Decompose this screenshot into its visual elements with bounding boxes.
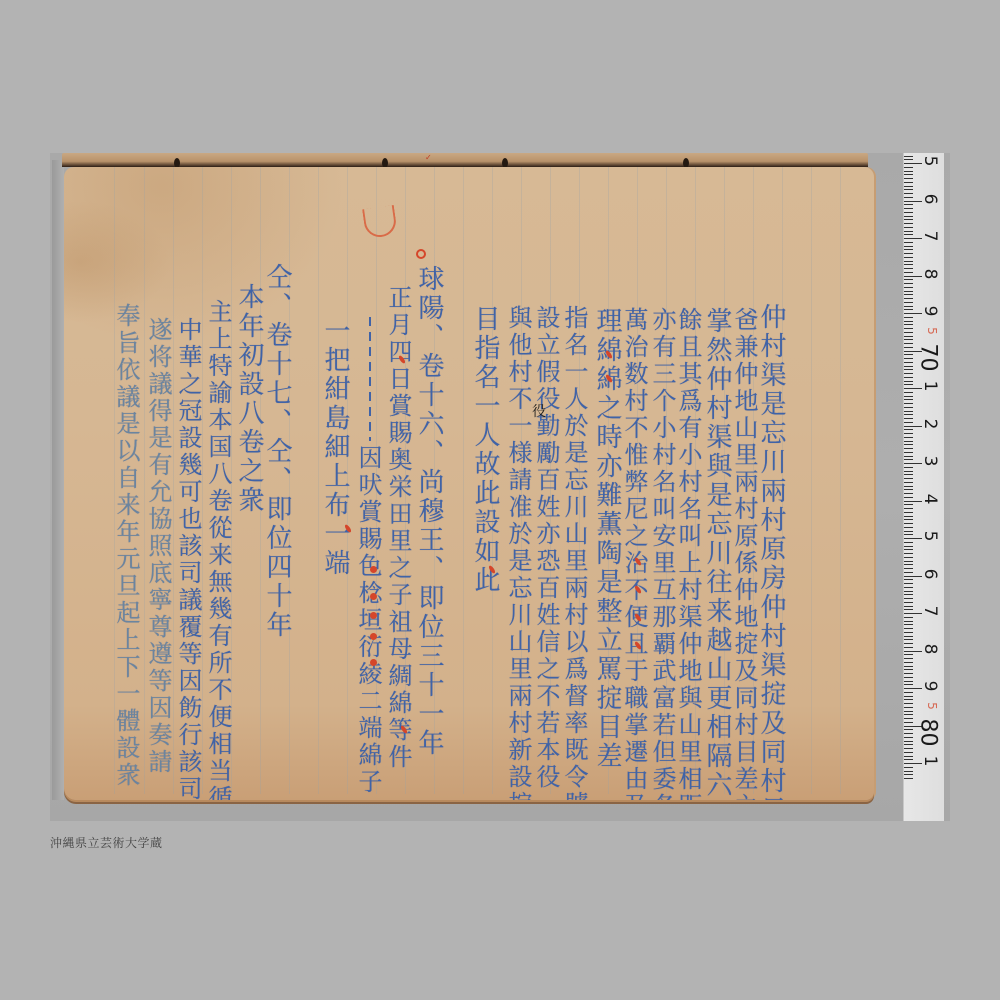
ruler-tick [904, 636, 913, 637]
ruler-tick [904, 272, 913, 273]
ruler-tick [904, 309, 913, 310]
text-column: 球陽、卷十六、尚穆王、即位三十一年 [416, 265, 442, 758]
ruler-tick [904, 497, 913, 498]
ruled-line [202, 167, 203, 794]
ruler-half-label: 5 [925, 321, 939, 341]
ruler-tick [904, 598, 913, 599]
ruler-tick [904, 392, 913, 393]
ruled-line [840, 167, 841, 794]
ruler-tick [904, 561, 913, 562]
ruler-label: 6 [920, 564, 940, 584]
ruler-tick [904, 433, 913, 434]
ruler-tick [904, 159, 913, 160]
ruler-tick [904, 231, 913, 232]
ruler-tick [904, 756, 913, 757]
ruler-tick [904, 632, 913, 633]
ruler-tick [904, 171, 913, 172]
ruler-tick [904, 531, 913, 532]
ruler-tick [904, 377, 913, 378]
ruler-tick [904, 669, 913, 670]
ruler-tick [904, 504, 913, 505]
ruled-line [811, 167, 812, 794]
ruler-tick [904, 264, 913, 265]
ruler-tick [904, 257, 913, 258]
ruler-tick [904, 321, 913, 322]
text-column: 遂将議得是有允協照底寧尊遵等因奏請 [146, 317, 170, 776]
ruler-tick [904, 212, 913, 213]
text-column: 奉旨依議是以自来年元旦起上下一體設衆 [114, 303, 138, 789]
ruler-tick [904, 339, 913, 340]
ruler-tick [904, 381, 913, 382]
ruler-tick [904, 474, 913, 475]
ruler-label: 5 [920, 526, 940, 546]
ruler-tick [904, 354, 913, 355]
ruler-tick [904, 579, 913, 580]
ruler-tick [904, 692, 913, 693]
ruler-tick [904, 332, 913, 333]
ruler-tick [904, 568, 913, 569]
ruler-tick [904, 178, 913, 179]
ruler-tick [904, 744, 913, 745]
ruler-tick [904, 587, 913, 588]
book-shadow [52, 160, 64, 800]
ruler-tick [904, 658, 913, 659]
ruler-tick [904, 291, 913, 292]
collection-credit: 沖縄県立芸術大学蔵 [50, 834, 163, 851]
ruler-tick [904, 384, 913, 385]
text-column: 亦有三个小村名叫安里互那覇武富若但委各役 [650, 307, 674, 800]
text-column: 因吠賞賜色棯垣衍綾二端綿子 [356, 445, 380, 796]
ruler-tick [904, 358, 913, 359]
ruler-tick [904, 437, 913, 438]
red-dot [370, 566, 377, 573]
ruler-tick [904, 718, 913, 719]
ruler-half-label: 5 [925, 696, 939, 716]
ruler-tick [904, 448, 913, 449]
ruler-tick [904, 219, 913, 220]
ruler-tick [904, 564, 913, 565]
ruler-tick [904, 774, 913, 775]
ruler-tick [904, 486, 913, 487]
ruler-tick [904, 208, 913, 209]
red-dot [370, 633, 377, 640]
ruler-tick [904, 771, 913, 772]
ruler-tick [904, 366, 913, 367]
ruler-tick [904, 407, 913, 408]
ruler-tick [904, 737, 913, 738]
ruler-tick [904, 249, 913, 250]
red-dot [370, 612, 377, 619]
ruler-tick [904, 542, 913, 543]
ruler-tick [904, 594, 913, 595]
ruler-tick [904, 399, 913, 400]
ruler-tick [904, 508, 913, 509]
red-check-mark [362, 205, 398, 239]
ruler-tick [904, 156, 913, 157]
ruler-tick [904, 216, 913, 217]
ruler-tick [904, 662, 913, 663]
ruler-tick [904, 512, 913, 513]
ruler-tick [904, 707, 913, 708]
ruled-line [318, 167, 319, 794]
ruler-tick [904, 621, 913, 622]
ruler-tick [904, 422, 913, 423]
ruler-tick [904, 306, 913, 307]
ruler-tick [904, 362, 913, 363]
text-column: 仝、卷十七、仝、即位四十年 [264, 263, 290, 640]
ruler-tick [904, 639, 913, 640]
ruler-tick [904, 478, 913, 479]
ruler-label: 80 [916, 718, 941, 738]
text-column: 本年初設八卷之衆 [236, 283, 262, 515]
ruler-tick [904, 414, 913, 415]
ruler-label: 7 [920, 601, 940, 621]
ruler-tick [904, 283, 913, 284]
ruler-tick [904, 186, 913, 187]
ruler-tick [904, 752, 913, 753]
ruler-tick [904, 369, 913, 370]
ruler-tick [904, 411, 913, 412]
ruler-tick [904, 317, 913, 318]
text-column: 指名一人於是忘川山里兩村以爲督率既令號 [562, 305, 586, 800]
ruler-tick [904, 347, 913, 348]
ruler-tick [904, 324, 913, 325]
ruler-tick [904, 681, 913, 682]
ruler-tick [904, 193, 913, 194]
ruler-tick [904, 527, 913, 528]
ruler-tick [904, 666, 913, 667]
ruler-tick [904, 174, 913, 175]
ruler-tick [904, 703, 913, 704]
ruler-label: 8 [920, 639, 940, 659]
ruler-label: 9 [920, 676, 940, 696]
ruler-tick [904, 467, 913, 468]
ruler-tick [904, 778, 913, 779]
ruler-tick [904, 444, 913, 445]
ruled-line [463, 167, 464, 794]
red-dot [370, 593, 377, 600]
ruler-tick [904, 583, 913, 584]
ruler-tick [904, 673, 913, 674]
ruler-tick [904, 516, 913, 517]
ruler-tick [904, 549, 913, 550]
ruler-tick [904, 741, 913, 742]
ruler-tick [904, 182, 913, 183]
red-circle-mark [416, 249, 426, 259]
ruler-label: 8 [920, 264, 940, 284]
ruler-label: 1 [920, 376, 940, 396]
ruler-tick [904, 482, 913, 483]
edge-red-mark: ✓ [425, 153, 432, 163]
ruler-tick [904, 606, 913, 607]
text-column: 仲村渠是忘川兩村原房仲村渠掟及同村目差之 [758, 303, 784, 800]
ruler-tick [904, 696, 913, 697]
ruler-tick [904, 246, 913, 247]
ruler-tick [904, 471, 913, 472]
ruler-tick [904, 647, 913, 648]
text-column: 目指名一人故此設如此 [472, 305, 498, 595]
ruler-tick [904, 759, 913, 760]
ruler-tick [904, 677, 913, 678]
ruler-tick [904, 654, 913, 655]
ruler-tick [904, 711, 913, 712]
ruler-tick [904, 223, 913, 224]
text-column: 中華之冠設幾可也該司議覆等因飭行該司 [176, 317, 200, 800]
ruler-tick [904, 459, 913, 460]
ruler-tick [904, 684, 913, 685]
ruler-tick [904, 748, 913, 749]
ruler-tick [904, 493, 913, 494]
ruler-tick [904, 328, 913, 329]
ruler-tick [904, 253, 913, 254]
ruler-tick [904, 489, 913, 490]
ruler-label: 2 [920, 414, 940, 434]
text-column: 設立假役勤勵百姓亦恐百姓信之不若本役 [534, 305, 558, 791]
ruler-tick [904, 343, 913, 344]
ruler-tick [904, 279, 913, 280]
ruler-tick [904, 534, 913, 535]
ruler-tick [904, 302, 913, 303]
ruler-tick [904, 643, 913, 644]
ruler-label: 9 [920, 301, 940, 321]
ruler-tick [904, 294, 913, 295]
ruler-label: 4 [920, 489, 940, 509]
text-column: 餘且其爲有小村名叫上村渠仲地與山里相距號近 [676, 307, 700, 800]
ruler-label: 7 [920, 226, 940, 246]
ruler-tick [904, 452, 913, 453]
ruler-label: 3 [920, 451, 940, 471]
ruler-tick [904, 699, 913, 700]
ruler-tick [904, 429, 913, 430]
ruler-tick [904, 261, 913, 262]
ruler-tick [904, 609, 913, 610]
ruler-tick [904, 268, 913, 269]
text-column: 掌然仲村渠與是忘川往来越山更相隔六町有 [704, 307, 730, 800]
manuscript-page: 仲村渠是忘川兩村原房仲村渠掟及同村目差之 爸兼仲地山里兩村原係仲地掟及同村目差之… [64, 167, 874, 800]
ruler-tick [904, 602, 913, 603]
ruler-tick [904, 242, 913, 243]
ruler-label: 1 [920, 751, 940, 771]
ruler-tick [904, 553, 913, 554]
ruler-tick [904, 287, 913, 288]
ruler-label: 6 [920, 189, 940, 209]
text-column: 爸兼仲地山里兩村原係仲地掟及同村目差之管 [732, 307, 756, 800]
ruler-tick [904, 441, 913, 442]
text-column: 與他村不一様請准於是忘川山里兩村新設掟 [506, 305, 530, 800]
ruler-label: 70 [916, 343, 941, 363]
ruler-tick [904, 624, 913, 625]
ruler-tick [904, 729, 913, 730]
measurement-ruler: 567895701234567895801 [903, 153, 944, 821]
ruler-tick [904, 403, 913, 404]
ruler-tick [904, 557, 913, 558]
ruler-tick [904, 418, 913, 419]
ruler-tick [904, 572, 913, 573]
ruler-tick [904, 227, 913, 228]
ruler-tick [904, 767, 913, 768]
ruler-tick [904, 456, 913, 457]
ruler-tick [904, 373, 913, 374]
ruler-tick [904, 204, 913, 205]
text-column: 主上特諭本国八卷從来無幾有所不便相当循依 [206, 299, 230, 800]
ruler-tick [904, 234, 913, 235]
ruler-tick [904, 714, 913, 715]
ruler-tick [904, 591, 913, 592]
ruler-tick [904, 617, 913, 618]
ruler-tick [904, 722, 913, 723]
ruler-tick [904, 523, 913, 524]
text-column: 一把紺島細上布一端 [322, 317, 348, 578]
ruler-tick [904, 733, 913, 734]
correction-annotation: 役 [532, 401, 546, 421]
ruler-tick [904, 519, 913, 520]
ruler-tick [904, 336, 913, 337]
ruler-tick [904, 298, 913, 299]
ruler-tick [904, 197, 913, 198]
ruler-label: 5 [920, 151, 940, 171]
red-dot [370, 659, 377, 666]
ruler-tick [904, 628, 913, 629]
ruler-tick [904, 189, 913, 190]
dashed-connector [369, 317, 371, 441]
page-stack-edge [62, 153, 868, 167]
ruler-tick [904, 396, 913, 397]
ruler-tick [904, 546, 913, 547]
ruler-tick [904, 167, 913, 168]
text-column: 萬治数村不惟弊尼之治不便且于職掌遷由及托 [622, 307, 646, 800]
